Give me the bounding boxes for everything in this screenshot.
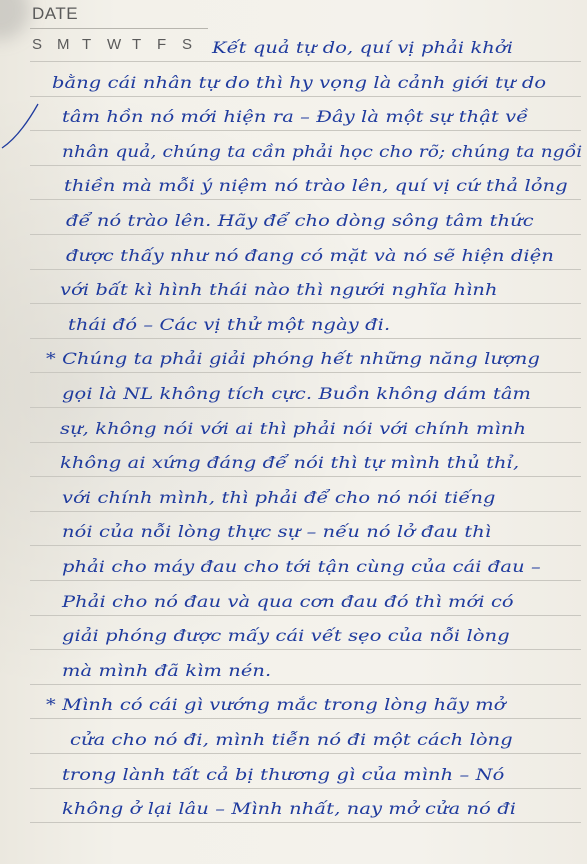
handwritten-line: * Mình có cái gì vướng mắc trong lòng hã… — [46, 696, 506, 714]
handwritten-line: bằng cái nhân tự do thì hy vọng là cảnh … — [52, 74, 546, 92]
handwritten-line: giải phóng được mấy cái vết sẹo của nỗi … — [62, 627, 510, 645]
handwritten-line: thiền mà mỗi ý niệm nó trào lên, quí vị … — [64, 177, 568, 195]
handwritten-line: không ai xứng đáng để nói thì tự mình th… — [60, 454, 519, 472]
handwritten-line: thái đó – Các vị thử một ngày đi. — [68, 316, 390, 334]
handwritten-line: cửa cho nó đi, mình tiễn nó đi một cách … — [70, 731, 513, 749]
handwritten-line: mà mình đã kìm nén. — [62, 662, 271, 680]
handwritten-line: không ở lại lâu – Mình nhất, nay mở cửa … — [62, 800, 516, 818]
handwritten-line: nhân quả, chúng ta cần phải học cho rõ; … — [62, 143, 582, 161]
handwritten-line: để nó trào lên. Hãy để cho dòng sông tâm… — [66, 212, 534, 230]
handwritten-line: với bất kì hình thái nào thì ngưới nghĩa… — [60, 281, 498, 299]
handwritten-line: được thấy như nó đang có mặt và nó sẽ hi… — [66, 247, 554, 265]
handwritten-line: phải cho máy đau cho tới tận cùng của cá… — [62, 558, 541, 576]
handwritten-line: * Chúng ta phải giải phóng hết những năn… — [46, 350, 540, 368]
handwritten-line: gọi là NL không tích cực. Buồn không dám… — [62, 385, 531, 403]
handwritten-line: Kết quả tự do, quí vị phải khởi — [212, 39, 513, 57]
handwritten-line: sự, không nói với ai thì phải nói với ch… — [60, 420, 526, 438]
handwritten-line: trong lành tất cả bị thương gì của mình … — [62, 766, 504, 784]
handwritten-line: với chính mình, thì phải để cho nó nói t… — [62, 489, 496, 507]
handwritten-text: Kết quả tự do, quí vị phải khởibằng cái … — [0, 0, 587, 864]
handwritten-line: Phải cho nó đau và qua cơn đau đó thì mớ… — [62, 593, 514, 611]
notebook-page: DATE SMTWTFS Kết quả tự do, quí vị phải … — [0, 0, 587, 864]
handwritten-line: nói của nỗi lòng thực sự – nếu nó lở đau… — [62, 523, 491, 541]
handwritten-line: tâm hồn nó mới hiện ra – Đây là một sự t… — [62, 108, 528, 126]
